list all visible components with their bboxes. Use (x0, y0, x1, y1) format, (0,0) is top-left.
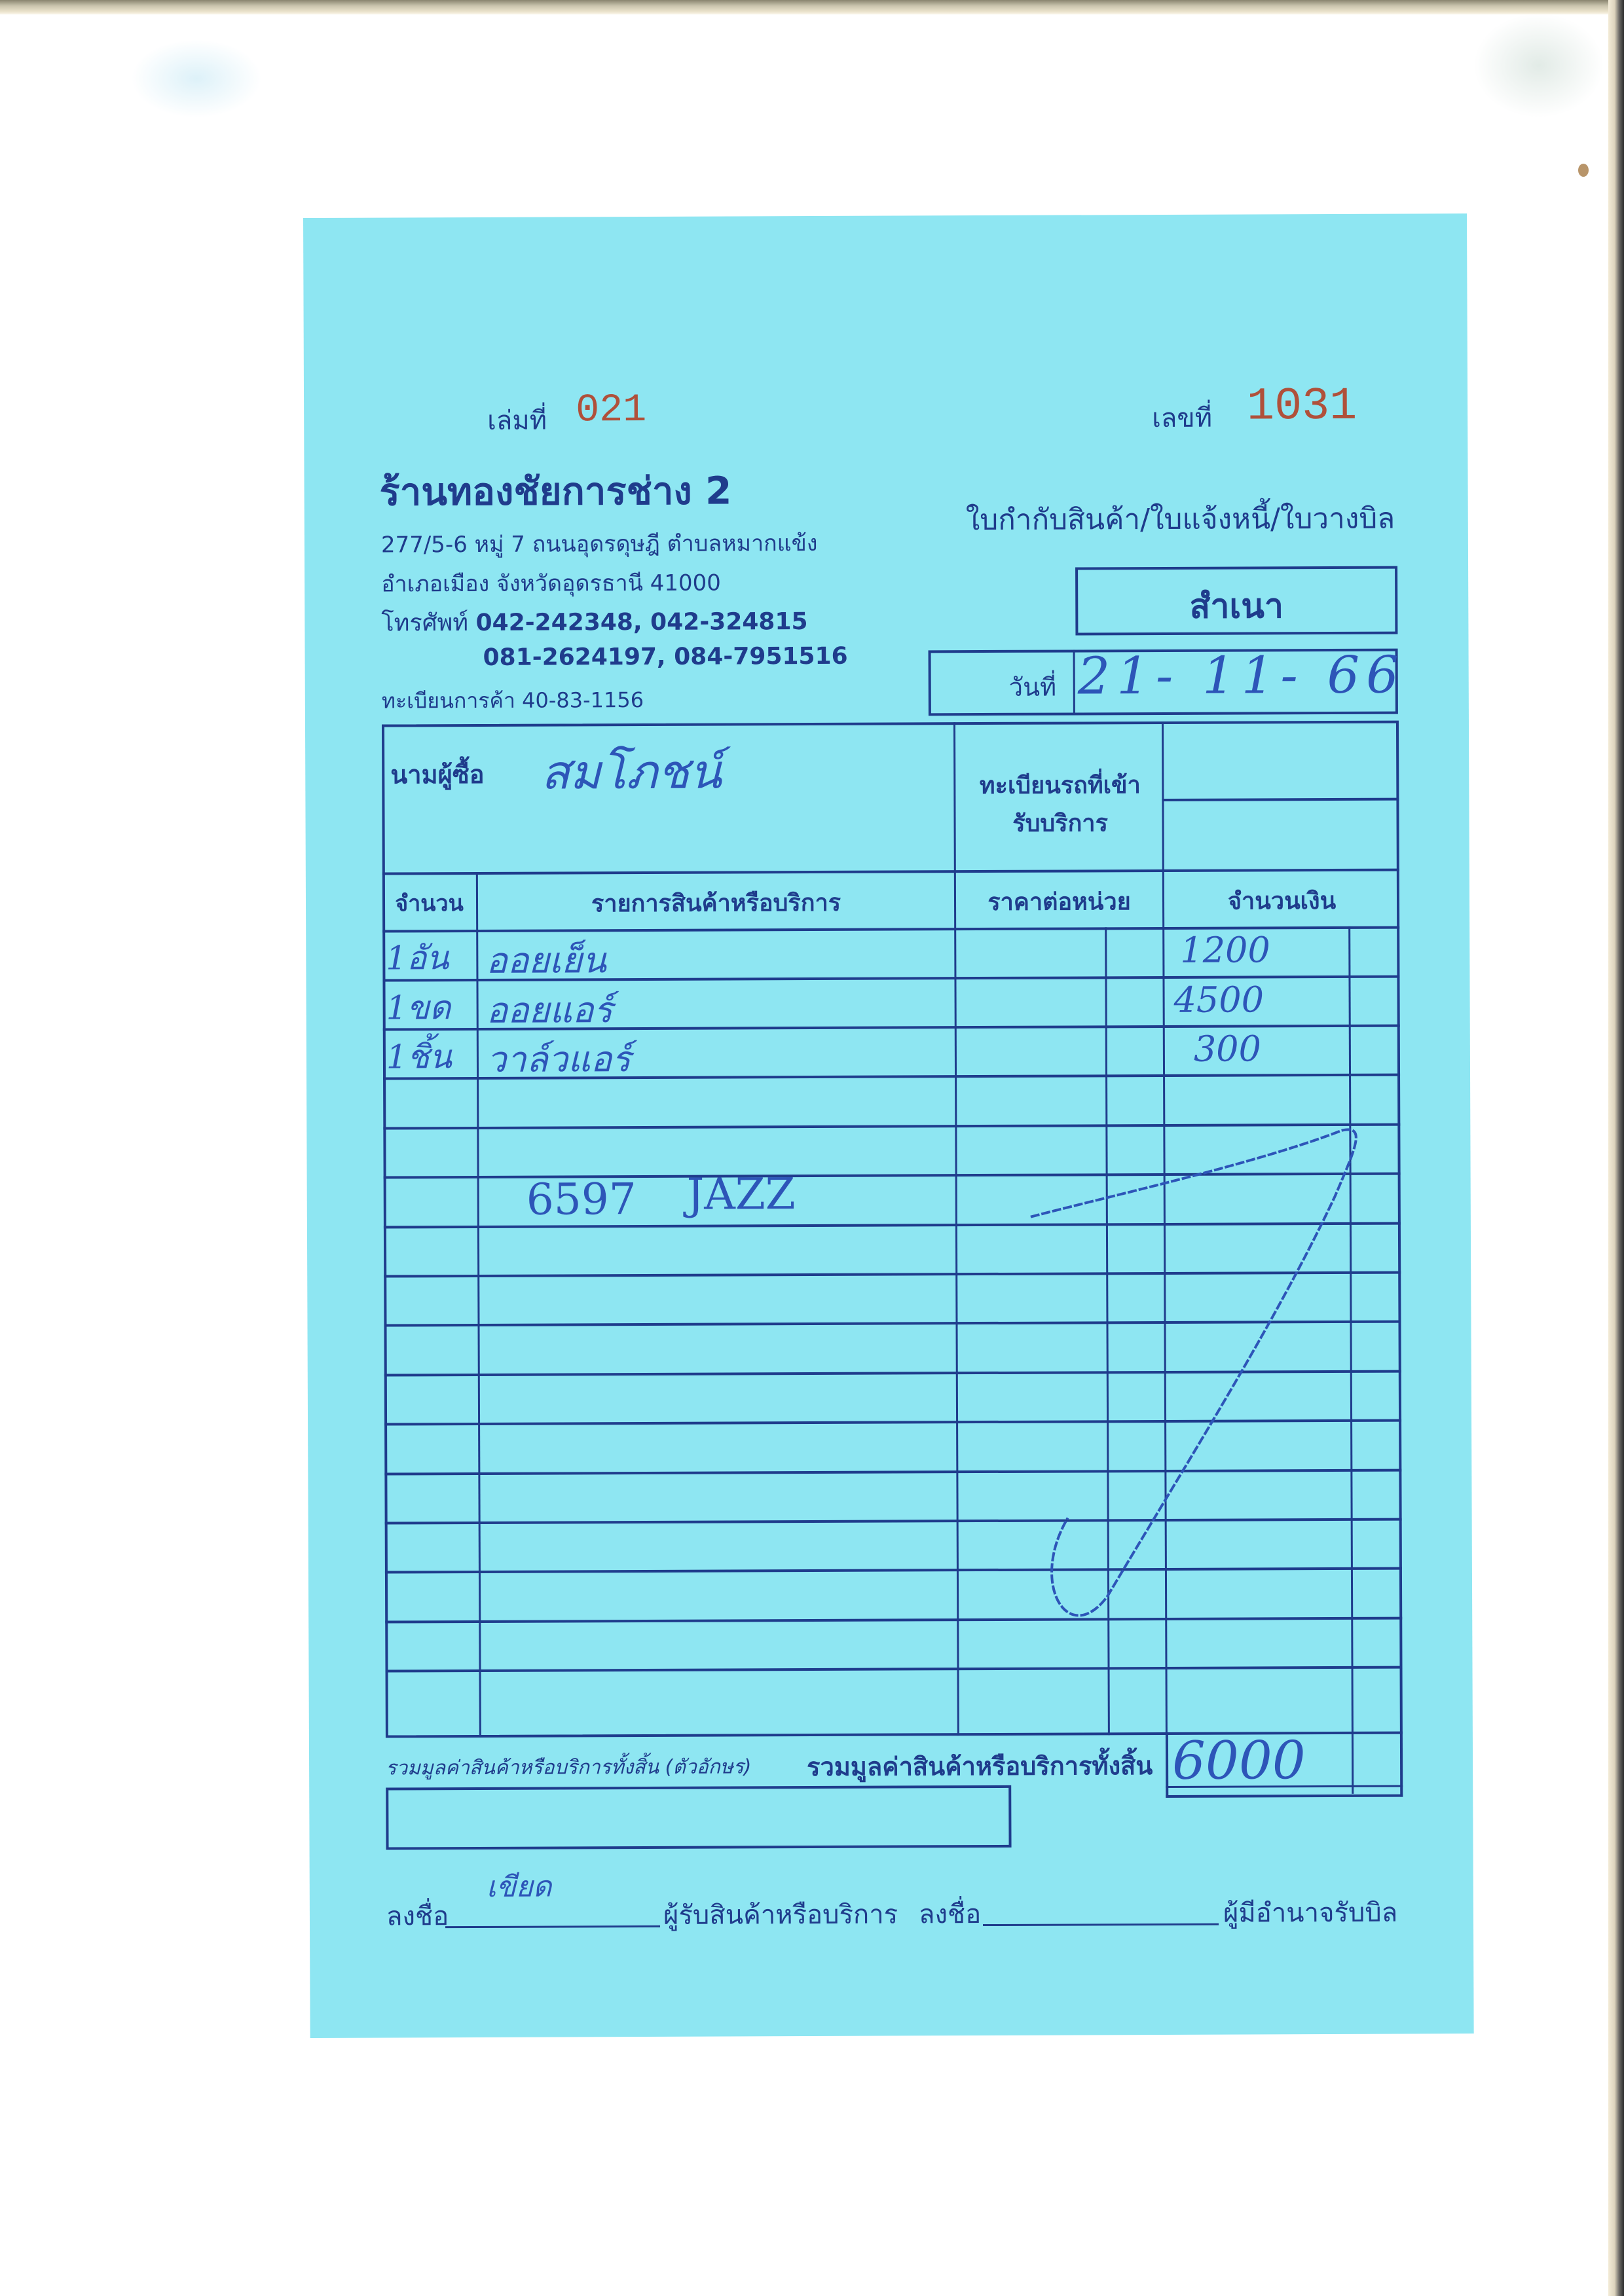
date-divider (1073, 649, 1075, 715)
copy-label: สำเนา (1075, 578, 1397, 634)
cancel-loop-mark (1027, 1124, 1369, 1623)
receiver-signature[interactable]: เขียด (487, 1864, 552, 1910)
phone-numbers-1: 042-242348, 042-324815 (475, 608, 807, 636)
form-title: ใบกำกับสินค้า/ใบแจ้งหนี้/ใบวางบิล (966, 496, 1395, 543)
invoice-paper: เล่มที่ 021 เลขที่ 1031 ร้านทองชัยการช่า… (303, 213, 1474, 2038)
shop-name: ร้านทองชัยการช่าง 2 (379, 460, 731, 522)
item-qty[interactable]: 1อัน (386, 932, 449, 984)
date-value[interactable]: 21- 11- 66 (1078, 646, 1405, 706)
table-row: 1อัน ออยเย็น 1200 (303, 213, 1467, 218)
vehicle-plate-note[interactable]: 6597 (526, 1174, 637, 1225)
total-text-box (386, 1785, 1011, 1850)
col-header-unit-price: ราคาต่อหน่วย (956, 883, 1162, 920)
signature-line-receiver[interactable] (445, 1925, 660, 1928)
phone-label: โทรศัพท์ (381, 610, 468, 637)
col-header-amount: จำนวนเงิน (1164, 882, 1399, 920)
total-text-label: รวมมูลค่าสินค้าหรือบริการทั้งสิ้น (ตัวอั… (386, 1751, 751, 1783)
receiver-label: ผู้รับสินค้าหรือบริการ (663, 1893, 898, 1936)
invoice-number: 1031 (1247, 381, 1357, 433)
total-label: รวมมูลค่าสินค้าหรือบริการทั้งสิ้น (807, 1745, 1153, 1787)
scanner-edge-top (0, 0, 1624, 14)
total-value[interactable]: 6000 (1172, 1730, 1306, 1791)
authorized-label: ผู้มีอำนาจรับบิล (1223, 1891, 1398, 1934)
shop-address-line1: 277/5-6 หมู่ 7 ถนนอุดรดุษฎี ตำบลหมากแข้ง (381, 525, 818, 562)
shop-phone-row: โทรศัพท์ 042-242348, 042-324815 (381, 602, 807, 641)
book-label: เล่มที่ (487, 399, 547, 441)
shop-tax-id: ทะเบียนการค้า 40-83-1156 (382, 683, 644, 718)
scanner-edge-right (1608, 0, 1624, 2296)
date-label: วันที่ (1009, 667, 1057, 707)
scan-smudge (1473, 13, 1604, 118)
item-description[interactable]: ออยเย็น (486, 932, 606, 989)
number-label: เลขที่ (1152, 397, 1212, 439)
phone-numbers-2: 081-2624197, 084-7951516 (483, 643, 848, 671)
vehicle-label-1: ทะเบียนรถที่เข้า (960, 766, 1160, 804)
col-header-description: รายการสินค้าหรือบริการ (478, 883, 954, 922)
item-amount[interactable]: 4500 (1173, 979, 1264, 1021)
item-qty[interactable]: 1ขด (386, 982, 451, 1034)
sign-label-authorized: ลงชื่อ (919, 1893, 981, 1935)
signature-line-authorized[interactable] (983, 1923, 1219, 1926)
vehicle-label-2: รับบริการ (960, 804, 1160, 842)
col-header-qty: จำนวน (382, 885, 476, 921)
table-row: 1ชิ้น วาล์วแอร์ 300 (303, 213, 1467, 218)
shop-address-line2: อำเภอเมือง จังหวัดอุดรธานี 41000 (381, 565, 721, 602)
sign-label-receiver: ลงชื่อ (386, 1895, 449, 1937)
buyer-label: นามผู้ซื้อ (390, 754, 484, 795)
scan-smudge (131, 39, 262, 118)
item-amount[interactable]: 1200 (1180, 929, 1270, 971)
buyer-name[interactable]: สมโภชน์ (541, 734, 722, 810)
book-number: 021 (576, 388, 646, 433)
item-amount[interactable]: 300 (1194, 1028, 1261, 1069)
item-description[interactable]: วาล์วแอร์ (487, 1030, 631, 1087)
item-description[interactable]: ออยแอร์ (486, 981, 612, 1038)
vehicle-model-note[interactable]: JAZZ (687, 1169, 796, 1220)
item-qty[interactable]: 1ชิ้น (386, 1031, 452, 1083)
scan-spot (1578, 164, 1589, 177)
table-row: 1ขด ออยแอร์ 4500 (303, 213, 1467, 218)
